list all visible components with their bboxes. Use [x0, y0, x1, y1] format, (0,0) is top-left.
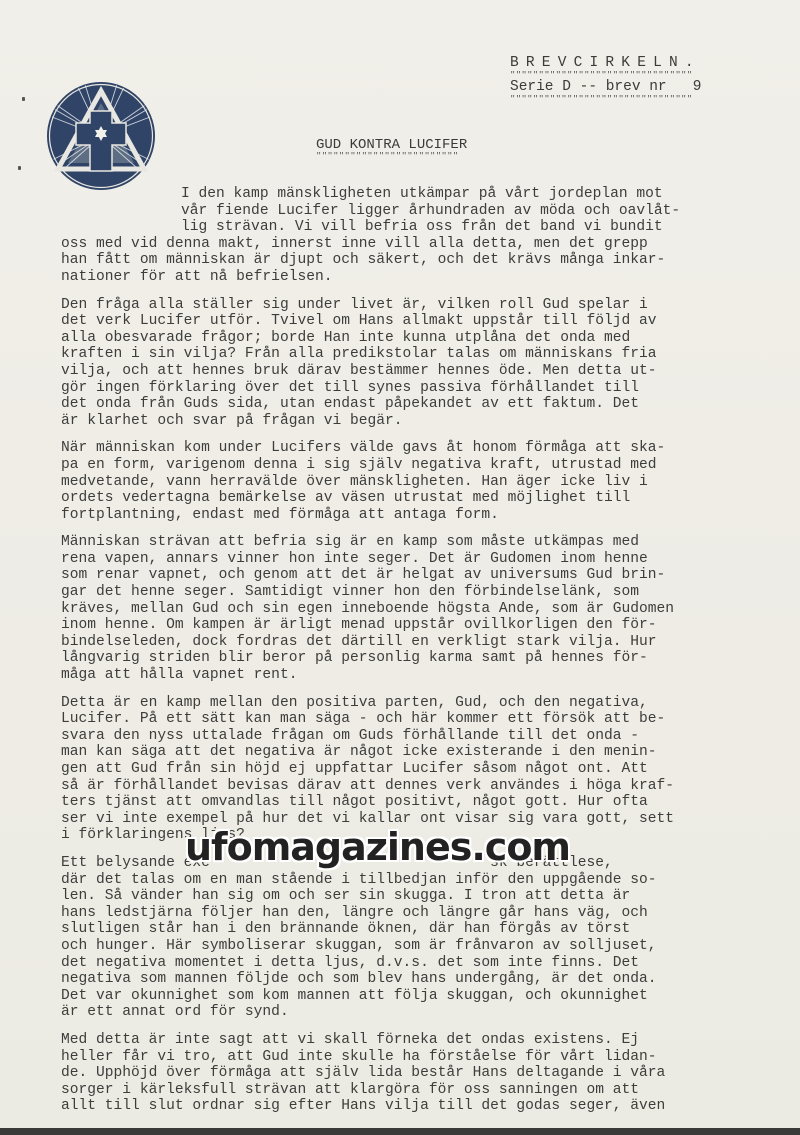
text-line: är klarhet och svar på frågan vi begär.: [61, 413, 751, 430]
text-line: Det var okunnighet som kom mannen att fö…: [61, 988, 751, 1005]
page-bottom-edge: [0, 1128, 800, 1135]
text-line: lig strävan. Vi vill befria oss från det…: [61, 219, 751, 236]
text-line: kraften i sin vilja? Från alla prediksto…: [61, 346, 751, 363]
text-line: gör ingen förklaring över det till synes…: [61, 380, 751, 397]
text-line: Den fråga alla ställer sig under livet ä…: [61, 297, 751, 314]
paragraph: Detta är en kamp mellan den positiva par…: [61, 695, 751, 844]
text-line: oss med vid denna makt, innerst inne vil…: [61, 236, 751, 253]
text-line: svara den nyss uttalade frågan om Guds f…: [61, 728, 751, 745]
margin-mark: [18, 166, 21, 170]
text-line: sorger i kärleksfull strävan att klargör…: [61, 1082, 751, 1099]
text-line: vår fiende Lucifer ligger århundraden av…: [61, 203, 751, 220]
letter-body: I den kamp mänskligheten utkämpar på vår…: [61, 186, 751, 1126]
text-line: vilja, och att hennes bruk därav bestämm…: [61, 363, 751, 380]
text-line: alla obesvarade frågor; borde Han inte k…: [61, 330, 751, 347]
letter-page: BREVCIRKELN. """""""""""""""""""""""""""…: [0, 0, 800, 1128]
text-line: kräves, mellan Gud och sin egen inneboen…: [61, 601, 751, 618]
text-line: gar det henne seger. Samtidigt vinner ho…: [61, 584, 751, 601]
text-line: pa en form, varigenom denna i sig själv …: [61, 457, 751, 474]
text-line: I den kamp mänskligheten utkämpar på vår…: [61, 186, 751, 203]
margin-mark: [22, 97, 25, 101]
text-line: som renar vapnet, och genom att det är h…: [61, 567, 751, 584]
text-line: inom henne. Om kampen är ärligt menad up…: [61, 617, 751, 634]
paragraph: Ett belysande exe sk berättlese,där det …: [61, 855, 751, 1021]
text-line: så är förhållandet bevisas därav att den…: [61, 778, 751, 795]
text-line: det negativa momentet i detta ljus, d.v.…: [61, 955, 751, 972]
paragraph: Med detta är inte sagt att vi skall förn…: [61, 1032, 751, 1115]
series-number: Serie D -- brev nr 9: [510, 80, 740, 95]
watermark: ufomagazines.com: [185, 827, 545, 867]
header-underline: """""""""""""""""""""""""""""""": [510, 95, 740, 104]
text-line: När människan kom under Lucifers välde g…: [61, 440, 751, 457]
text-line: fortplantning, endast med förmåga att an…: [61, 507, 751, 524]
text-line: nationer för att nå befrielsen.: [61, 269, 751, 286]
paragraph: Människan strävan att befria sig är en k…: [61, 534, 751, 683]
title-underline: """"""""""""""""""""""""": [316, 152, 491, 161]
text-line: Detta är en kamp mellan den positiva par…: [61, 695, 751, 712]
text-line: rena vapen, annars vinner hon inte seger…: [61, 551, 751, 568]
emblem-logo-icon: [46, 81, 156, 191]
text-line: ordets vedertagna bemärkelse av väsen ut…: [61, 490, 751, 507]
text-line: allt till slut ordnar sig efter Hans vil…: [61, 1098, 751, 1115]
text-line: Lucifer. På ett sätt kan man säga - och …: [61, 711, 751, 728]
paragraph: Den fråga alla ställer sig under livet ä…: [61, 297, 751, 430]
text-line: Människan strävan att befria sig är en k…: [61, 534, 751, 551]
text-line: bindelseleden, dock fordras det därtill …: [61, 634, 751, 651]
text-line: det verk Lucifer utför. Tvivel om Hans a…: [61, 313, 751, 330]
series-name: BREVCIRKELN.: [510, 56, 740, 71]
letter-header: BREVCIRKELN. """""""""""""""""""""""""""…: [510, 56, 740, 104]
text-line: och hunger. Här symboliserar skuggan, so…: [61, 938, 751, 955]
text-line: medvetande, vann herravälde över mänskli…: [61, 474, 751, 491]
text-line: det onda från Guds sida, utan endast påp…: [61, 396, 751, 413]
text-line: måga att hålla vapnet rent.: [61, 667, 751, 684]
text-line: de. Upphöjd över förmåga att själv lida …: [61, 1065, 751, 1082]
text-line: hans ledstjärna följer han den, längre o…: [61, 905, 751, 922]
document-title: GUD KONTRA LUCIFER: [316, 138, 491, 152]
paragraph: När människan kom under Lucifers välde g…: [61, 440, 751, 523]
text-line: där det talas om en man stående i tillbe…: [61, 872, 751, 889]
text-line: heller får vi tro, att Gud inte skulle h…: [61, 1049, 751, 1066]
text-line: Med detta är inte sagt att vi skall förn…: [61, 1032, 751, 1049]
text-line: man kan säga att det negativa är något i…: [61, 744, 751, 761]
document-title-block: GUD KONTRA LUCIFER """""""""""""""""""""…: [316, 138, 491, 161]
text-line: långvarig striden blir beror på personli…: [61, 650, 751, 667]
text-line: slutligen står han i den brännande öknen…: [61, 921, 751, 938]
text-line: är ett annat ord för synd.: [61, 1004, 751, 1021]
text-line: han fått om människan är djupt och säker…: [61, 252, 751, 269]
text-line: len. Så vänder han sig om och ser sin sk…: [61, 888, 751, 905]
text-line: ters tjänst att omvandlas till något pos…: [61, 794, 751, 811]
text-line: gen att Gud från sin höjd ej uppfattar L…: [61, 761, 751, 778]
paragraph: I den kamp mänskligheten utkämpar på vår…: [61, 186, 751, 286]
text-line: negativa som mannen följde och som blev …: [61, 971, 751, 988]
